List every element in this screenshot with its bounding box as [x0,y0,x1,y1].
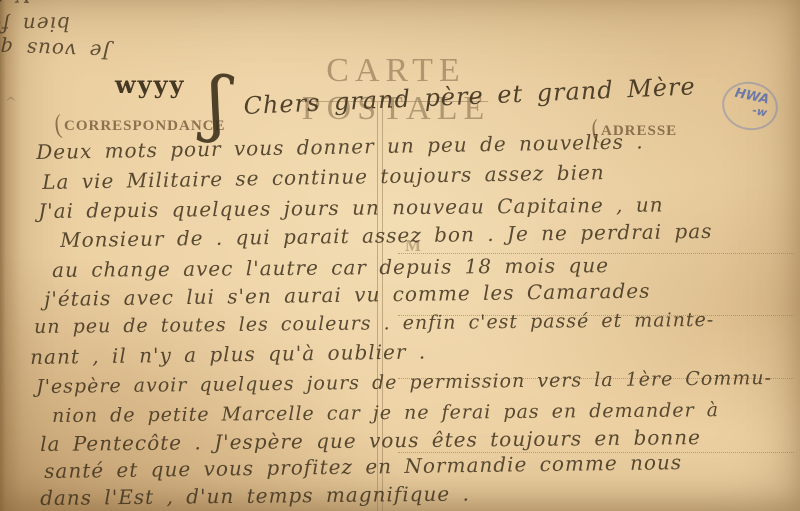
postcard-back: CARTE POSTALE (CORRESPONDANCE (ADRESSE M… [0,0,800,511]
handwriting-flipped-line: Votre petit fils qui vous embrasse . Fer… [0,0,30,6]
handwriting-line: nant , il n'y a plus qu'à oublier . [30,339,426,369]
handwriting-line: dans l'Est , d'un temps magnifique . [40,481,470,509]
handwriting-line: santé et que vous profitez en Normandie … [44,450,682,483]
handwriting-line: J'ai depuis quelques jours un nouveau Ca… [38,192,664,223]
handwriting-line: au change avec l'autre car depuis 18 moi… [52,253,609,282]
handwriting-line: nion de petite Marcelle car je ne ferai … [52,399,719,427]
ink-stroke: ʃ [203,60,232,146]
handwriting-line: j'étais avec lui s'en aurai vu comme les… [44,279,651,311]
ink-flourish: wyyy [115,70,186,99]
pencil-mark: ^ [5,95,18,111]
handwriting-line: La vie Militaire se continue toujours as… [42,160,605,194]
correspondance-label: (CORRESPONDANCE [56,118,226,135]
handwriting-line: Monsieur de . qui parait assez bon . Je … [60,219,713,252]
handwriting-line: un peu de toutes les couleurs . enfin c'… [34,309,714,338]
bracket-ornament: ( [53,111,65,143]
blue-hand-stamp: HWA -w [718,77,783,136]
handwriting-line: J'espère avoir quelques jours de permiss… [36,367,772,398]
